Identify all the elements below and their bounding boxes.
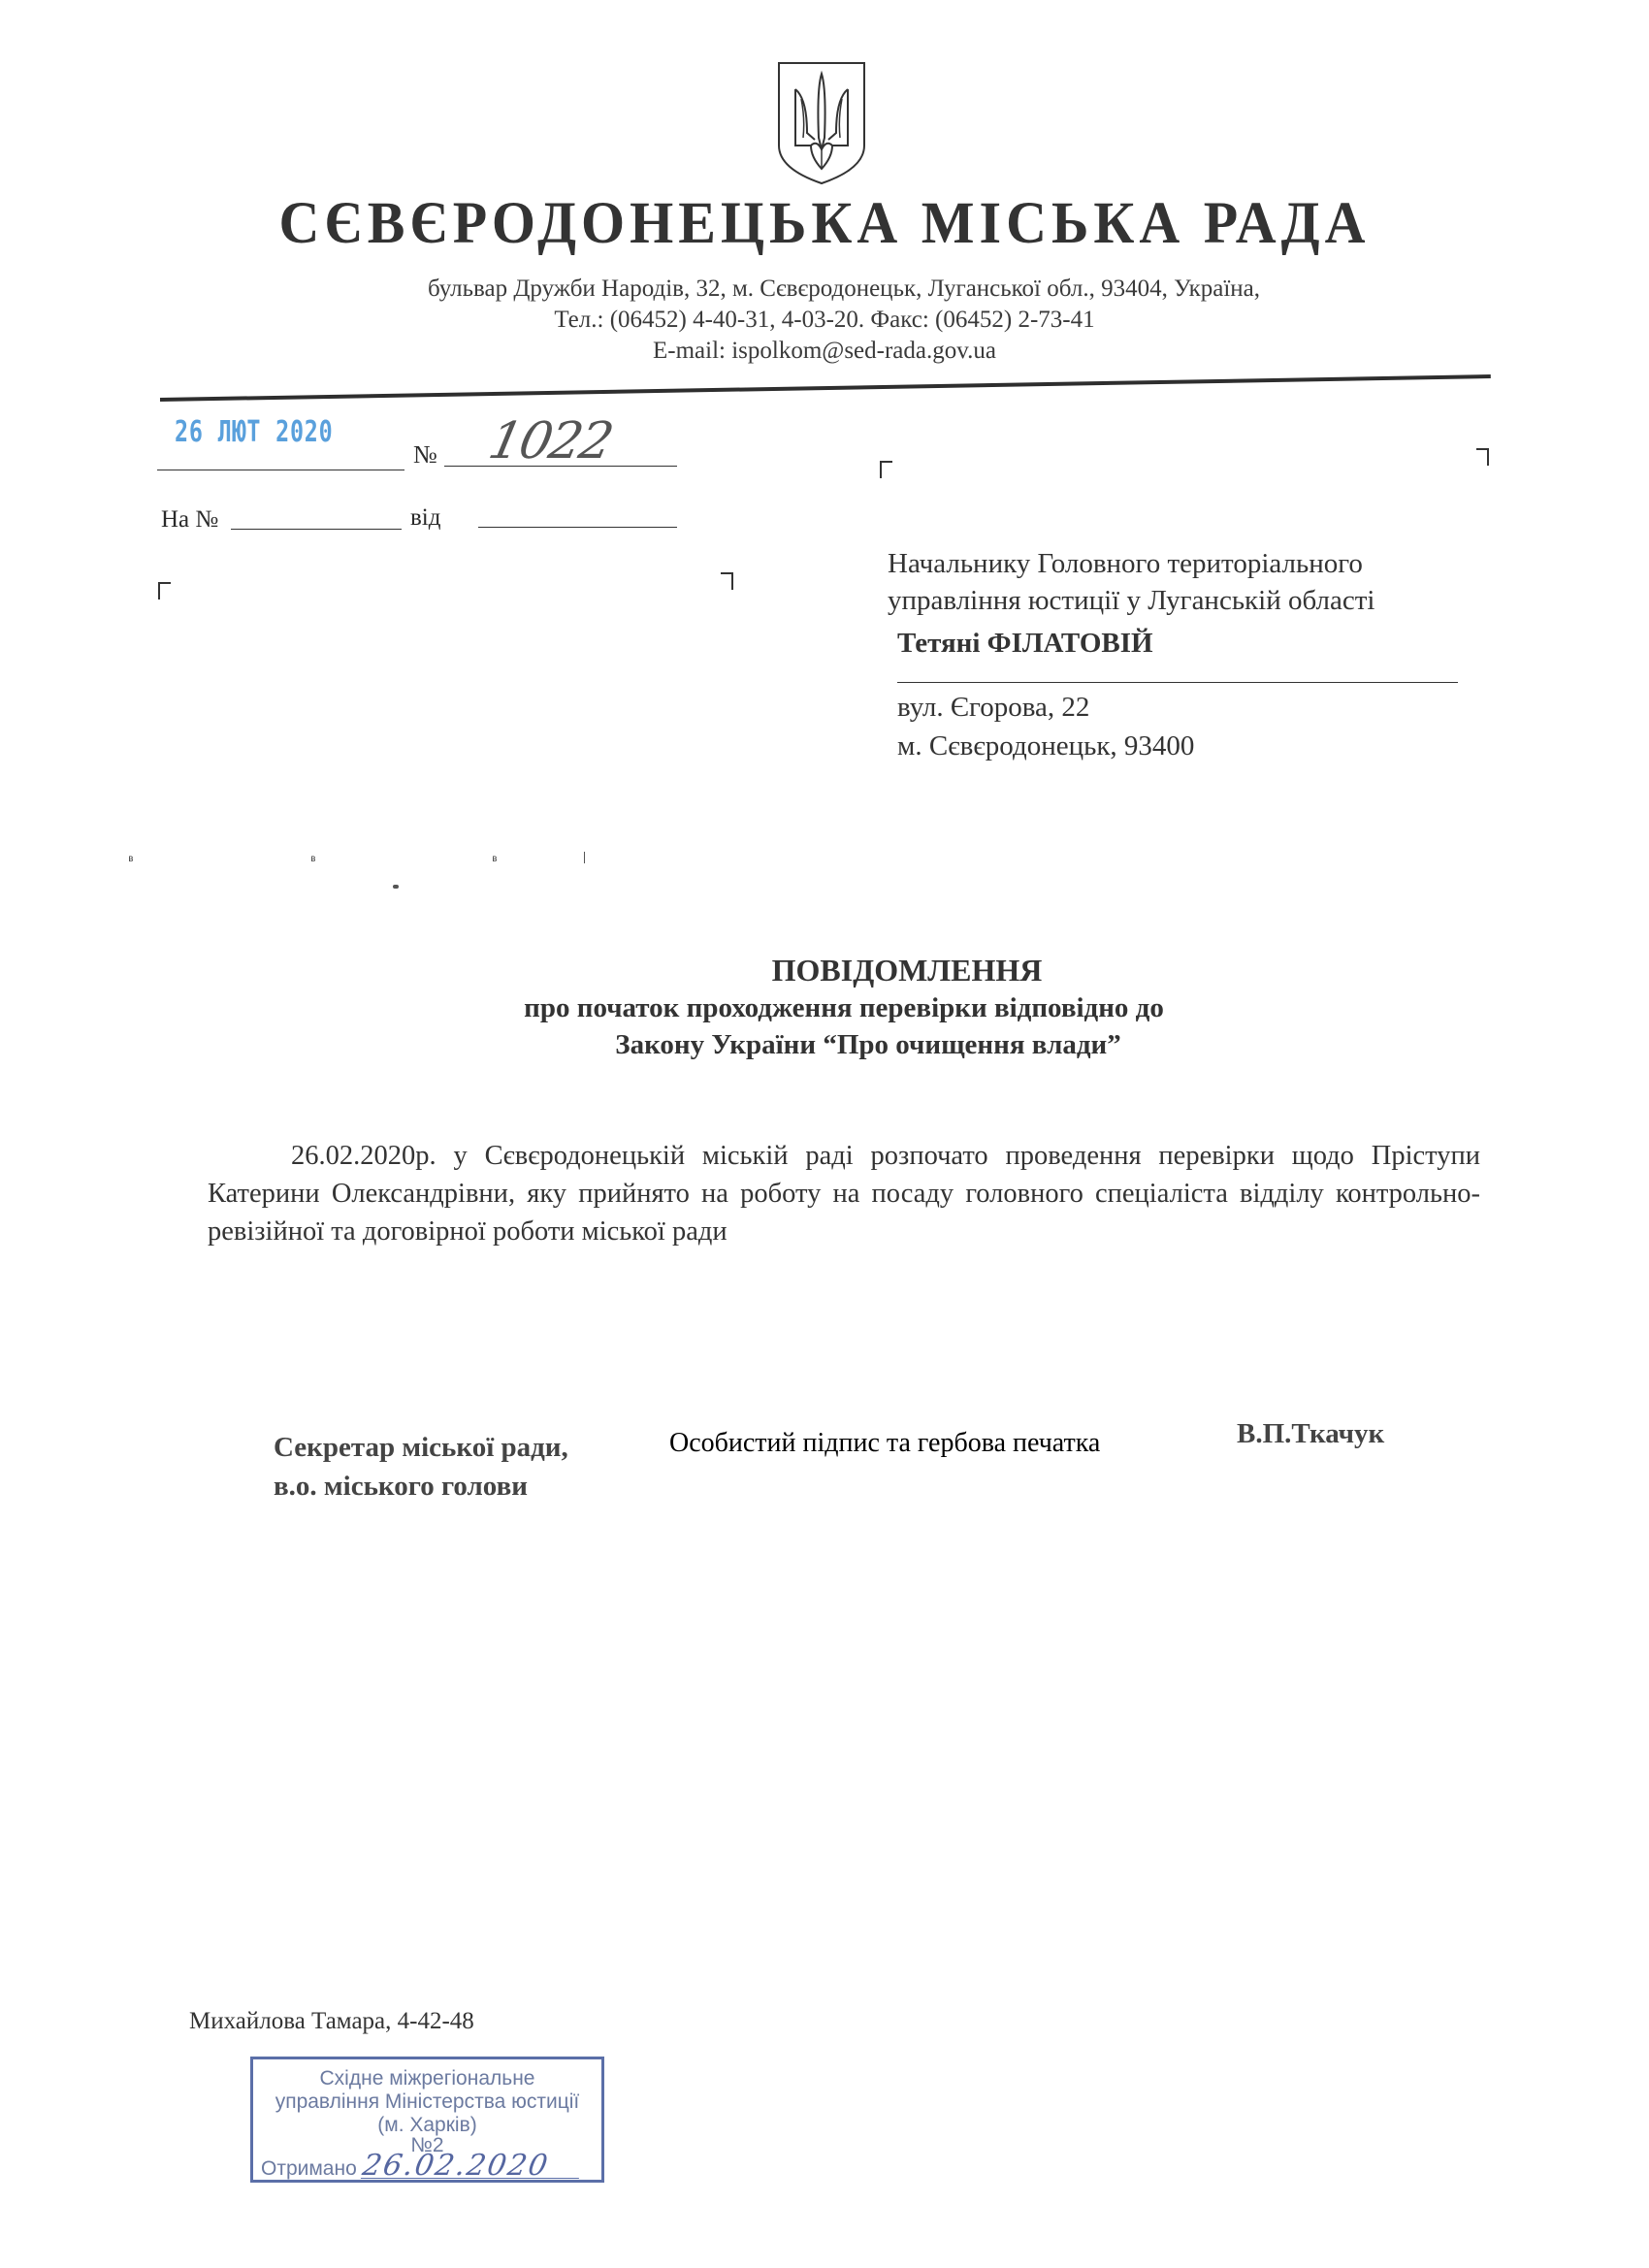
stamp-received-label: Отримано bbox=[261, 2157, 357, 2180]
reply-date-underline bbox=[478, 527, 677, 528]
trident-coat-of-arms-icon bbox=[776, 60, 867, 186]
corner-mark-top-right bbox=[721, 572, 733, 590]
reply-number-label: На № bbox=[161, 506, 218, 534]
scan-mark: в bbox=[310, 854, 316, 864]
scan-speck bbox=[393, 885, 399, 889]
executor-contact: Михайлова Тамара, 4-42-48 bbox=[189, 2008, 474, 2035]
signatory-position-line2: в.о. міського голови bbox=[274, 1471, 528, 1503]
notice-title: ПОВІДОМЛЕННЯ bbox=[82, 953, 1649, 988]
recipient-divider bbox=[897, 682, 1458, 683]
number-underline bbox=[444, 466, 677, 467]
organization-email: E-mail: ispolkom@sed-rada.gov.ua bbox=[0, 338, 1649, 365]
stamp-received-date: 26.02.2020 bbox=[360, 2155, 582, 2179]
signatory-position-line1: Секретар міської ради, bbox=[274, 1432, 568, 1464]
reply-number-underline bbox=[231, 529, 402, 530]
outgoing-date-stamp: 26 ЛЮТ 2020 bbox=[175, 415, 334, 449]
number-label: № bbox=[413, 440, 437, 470]
date-underline bbox=[157, 470, 404, 470]
scan-mark bbox=[584, 852, 585, 863]
signature-placeholder: Особистий підпис та гербова печатка bbox=[669, 1428, 1100, 1459]
recipient-street: вул. Єгорова, 22 bbox=[897, 692, 1089, 724]
organization-title: СЄВЄРОДОНЕЦЬКА МІСЬКА РАДА bbox=[0, 188, 1649, 256]
notice-body: 26.02.2020р. у Сєвєродонецькій міській р… bbox=[208, 1137, 1480, 1250]
stamp-line2: управління Міністерства юстиції bbox=[253, 2090, 601, 2114]
reply-date-label: від bbox=[410, 504, 440, 532]
organization-address: бульвар Дружби Народів, 32, м. Сєвєродон… bbox=[19, 275, 1649, 303]
received-stamp: Східне міжрегіональне управління Міністе… bbox=[250, 2057, 604, 2183]
recipient-name: Тетяні ФІЛАТОВІЙ bbox=[897, 628, 1153, 660]
stamp-line1: Східне міжрегіональне bbox=[253, 2067, 601, 2090]
corner-mark-top-left bbox=[158, 582, 171, 599]
recipient-position-line2: управління юстиції у Луганській області bbox=[888, 585, 1374, 617]
corner-mark-recipient-right bbox=[1476, 448, 1489, 466]
scan-mark: в bbox=[128, 854, 134, 864]
recipient-city: м. Сєвєродонецьк, 93400 bbox=[897, 730, 1194, 762]
organization-phones: Тел.: (06452) 4-40-31, 4-03-20. Факс: (0… bbox=[0, 307, 1649, 334]
outgoing-number-handwritten: 1022 bbox=[484, 412, 617, 470]
letterhead-divider bbox=[160, 374, 1491, 402]
signatory-name: В.П.Ткачук bbox=[1237, 1418, 1384, 1450]
notice-subtitle-line1: про початок проходження перевірки відпов… bbox=[19, 992, 1649, 1024]
scan-mark: в bbox=[492, 854, 498, 864]
stamp-received-row: Отримано 26.02.2020 bbox=[253, 2155, 601, 2181]
corner-mark-recipient-left bbox=[880, 461, 892, 478]
notice-subtitle-line2: Закону України “Про очищення влади” bbox=[44, 1029, 1649, 1061]
recipient-position-line1: Начальнику Головного територіального bbox=[888, 548, 1363, 580]
